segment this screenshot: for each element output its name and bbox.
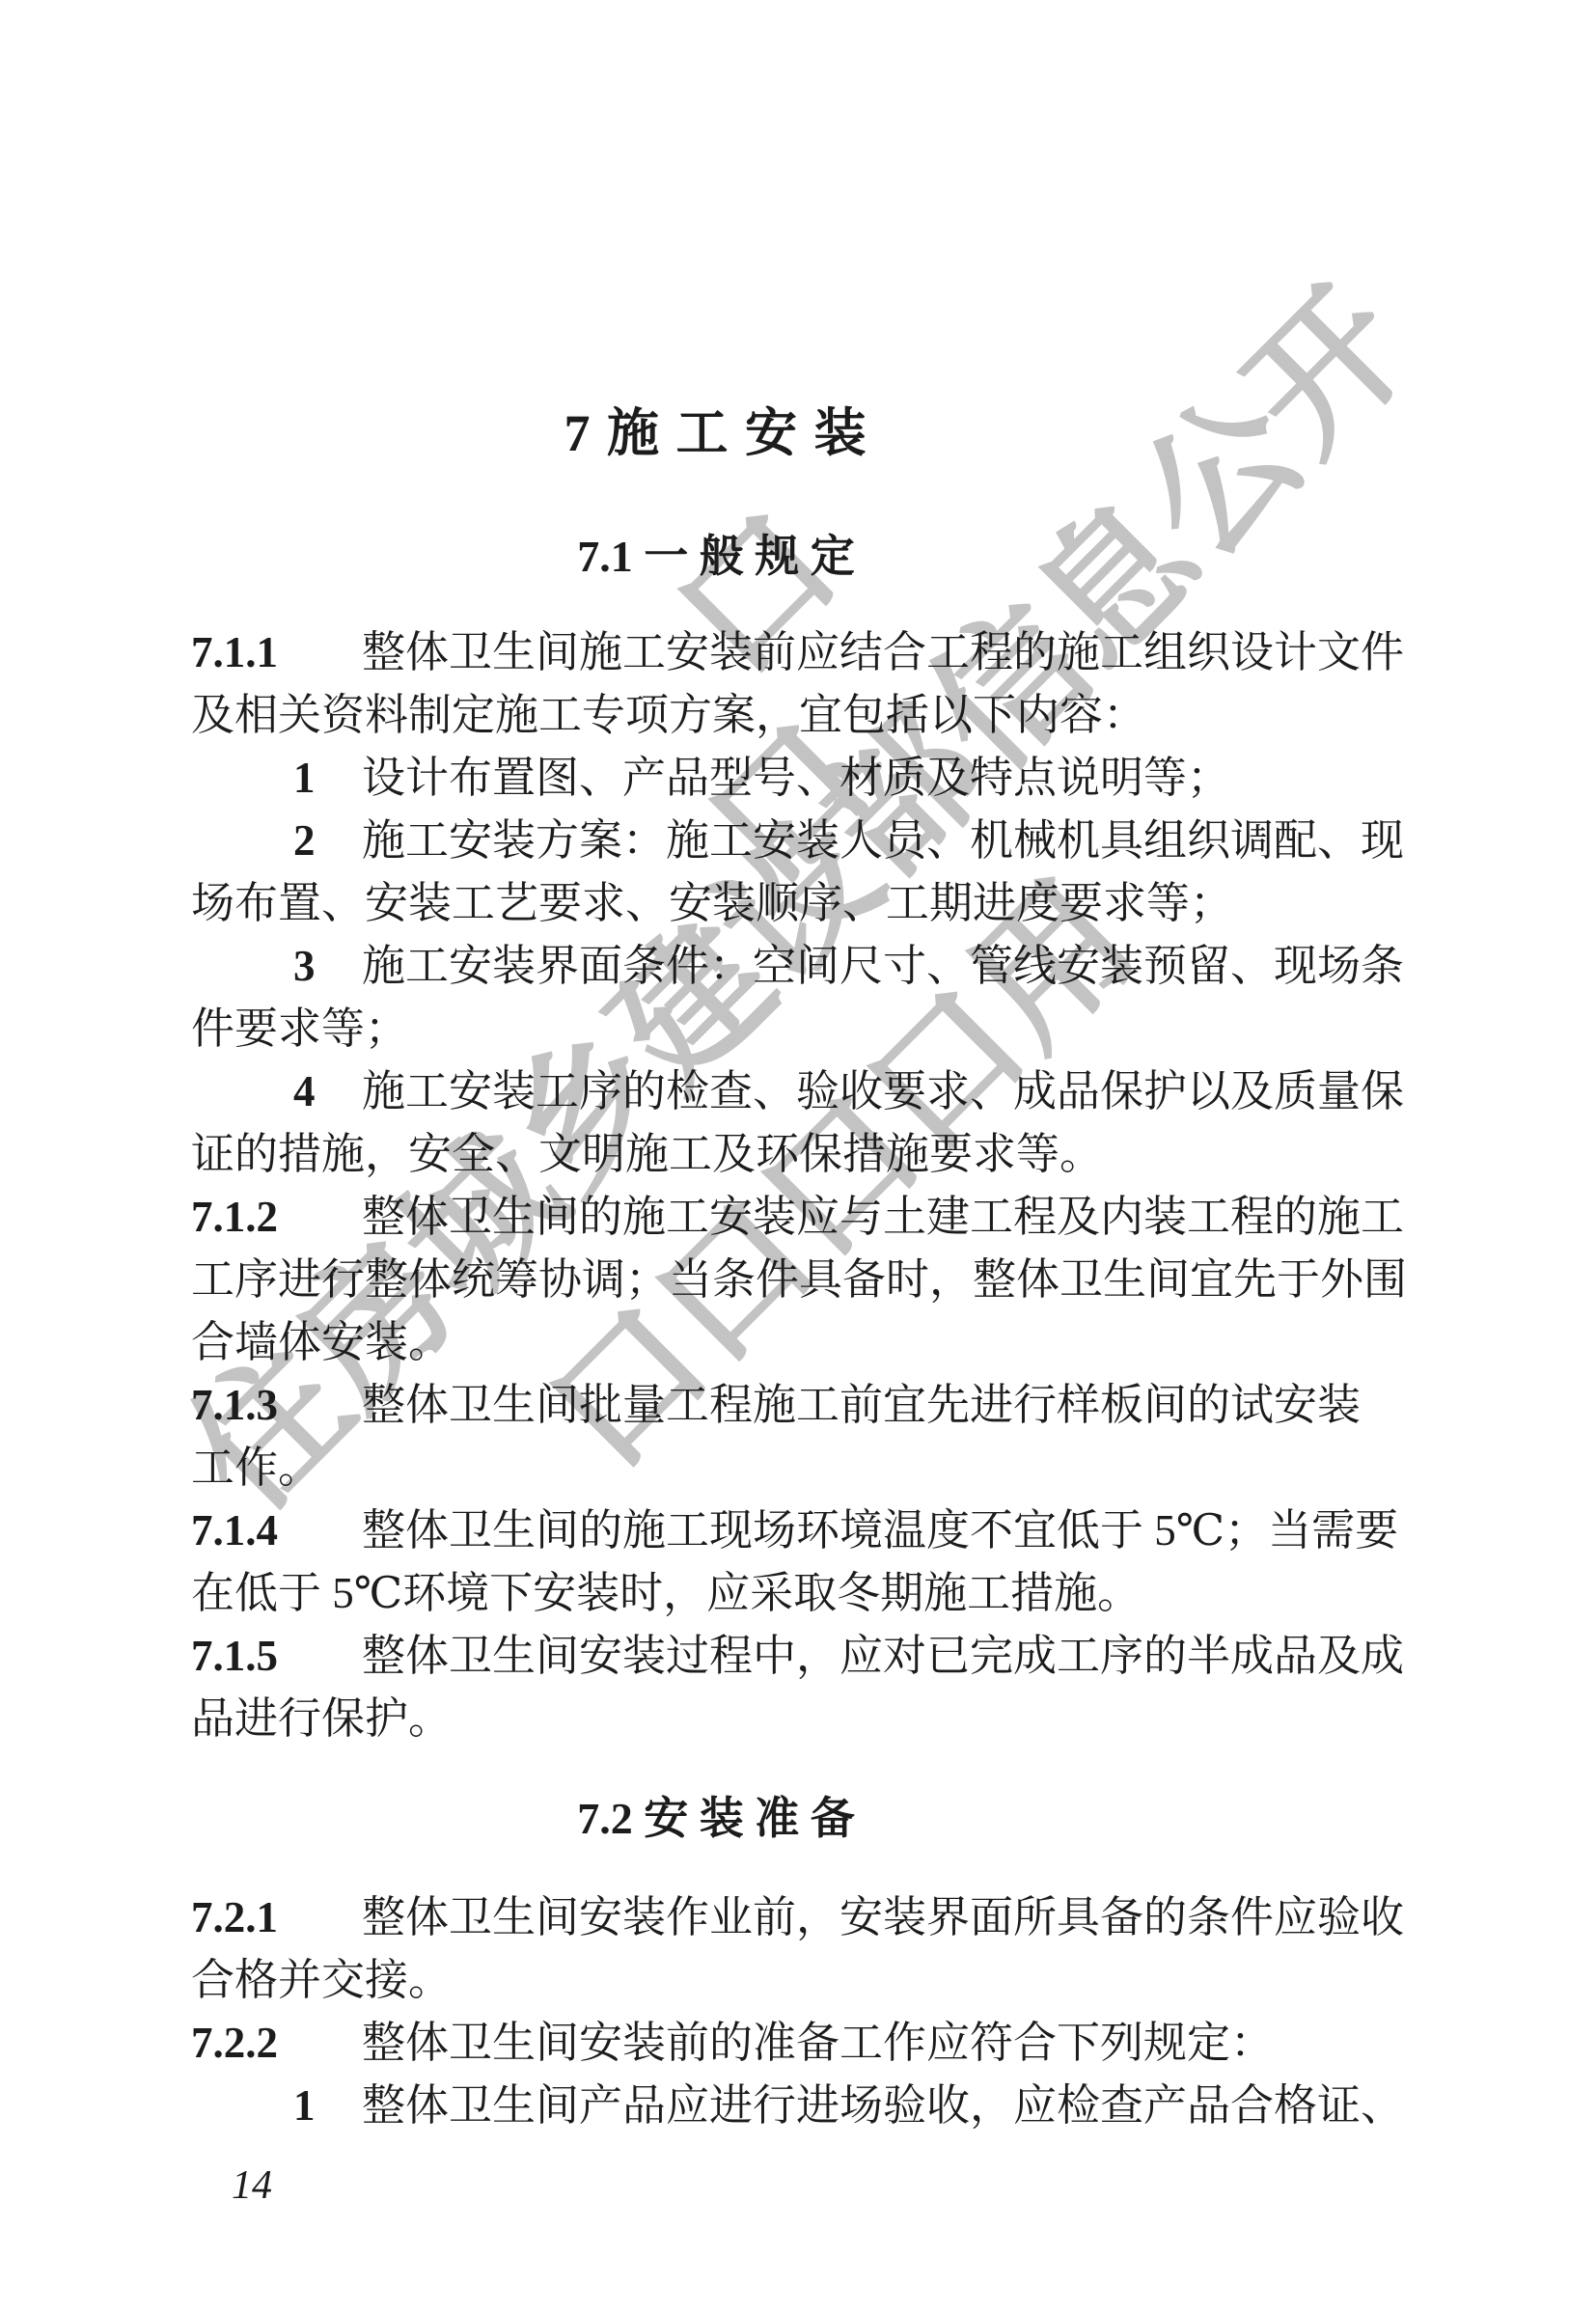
clause-number: 7.1.4 bbox=[191, 1499, 362, 1562]
text-line: 7.2.1整体卫生间安装作业前，安装界面所具备的条件应验收 bbox=[191, 1885, 1404, 1949]
line-text: 及相关资料制定施工专项方案，宜包括以下内容： bbox=[191, 691, 1146, 739]
clause-number: 7.2.2 bbox=[191, 2011, 362, 2075]
item-number: 1 bbox=[293, 746, 362, 810]
line-text: 在低于 5℃环境下安装时，应采取冬期施工措施。 bbox=[191, 1569, 1141, 1617]
text-line: 1整体卫生间产品应进行进场验收，应检查产品合格证、 bbox=[191, 2074, 1404, 2137]
line-text: 合墙体安装。 bbox=[191, 1318, 452, 1366]
text-line: 1设计布置图、产品型号、材质及特点说明等； bbox=[191, 746, 1230, 810]
text-line: 及相关资料制定施工专项方案，宜包括以下内容： bbox=[191, 683, 1146, 747]
line-text: 整体卫生间安装作业前，安装界面所具备的条件应验收 bbox=[362, 1893, 1404, 1941]
text-line: 7.2.2整体卫生间安装前的准备工作应符合下列规定： bbox=[191, 2011, 1274, 2075]
line-text: 证的措施，安全、文明施工及环保措施要求等。 bbox=[191, 1130, 1103, 1178]
line-text: 整体卫生间安装过程中，应对已完成工序的半成品及成 bbox=[362, 1632, 1404, 1680]
text-line: 证的措施，安全、文明施工及环保措施要求等。 bbox=[191, 1122, 1103, 1186]
page-number: 14 bbox=[232, 2161, 272, 2210]
line-text: 整体卫生间安装前的准备工作应符合下列规定： bbox=[362, 2019, 1274, 2067]
line-text: 整体卫生间产品应进行进场验收，应检查产品合格证、 bbox=[362, 2081, 1404, 2130]
clause-number: 7.1.2 bbox=[191, 1185, 362, 1249]
text-line: 工序进行整体统筹协调；当条件具备时，整体卫生间宜先于外围 bbox=[191, 1248, 1407, 1311]
line-text: 合格并交接。 bbox=[191, 1956, 452, 2004]
text-line: 7.1.4整体卫生间的施工现场环境温度不宜低于 5℃；当需要 bbox=[191, 1499, 1398, 1562]
text-line: 工作。 bbox=[191, 1436, 321, 1499]
document-page: 住房城乡建设部信息公开 口口口口用 口 口 7 施 工 安 装 7.1 一 般 … bbox=[0, 0, 1596, 2311]
clause-number: 7.1.5 bbox=[191, 1624, 362, 1688]
line-text: 件要求等； bbox=[191, 1004, 408, 1053]
text-line: 3施工安装界面条件：空间尺寸、管线安装预留、现场条 bbox=[191, 934, 1404, 998]
item-number: 1 bbox=[293, 2074, 362, 2137]
line-text: 施工安装方案：施工安装人员、机械机具组织调配、现 bbox=[362, 816, 1404, 865]
item-number: 2 bbox=[293, 809, 362, 872]
line-text: 施工安装界面条件：空间尺寸、管线安装预留、现场条 bbox=[362, 942, 1404, 990]
text-line: 7.1.5整体卫生间安装过程中，应对已完成工序的半成品及成 bbox=[191, 1624, 1404, 1688]
text-line: 合墙体安装。 bbox=[191, 1310, 452, 1374]
text-line: 件要求等； bbox=[191, 997, 408, 1060]
item-number: 3 bbox=[293, 934, 362, 998]
text-line: 4施工安装工序的检查、验收要求、成品保护以及质量保 bbox=[191, 1059, 1404, 1123]
text-line: 2施工安装方案：施工安装人员、机械机具组织调配、现 bbox=[191, 809, 1404, 872]
clause-number: 7.1.3 bbox=[191, 1373, 362, 1437]
clause-number: 7.1.1 bbox=[191, 620, 362, 684]
item-number: 4 bbox=[293, 1059, 362, 1123]
text-line: 品进行保护。 bbox=[191, 1687, 452, 1750]
line-text: 场布置、安装工艺要求、安装顺序、工期进度要求等； bbox=[191, 879, 1233, 927]
text-line: 合格并交接。 bbox=[191, 1948, 452, 2012]
chapter-title: 7 施 工 安 装 bbox=[0, 400, 1432, 466]
line-text: 整体卫生间的施工现场环境温度不宜低于 5℃；当需要 bbox=[362, 1506, 1398, 1554]
text-line: 在低于 5℃环境下安装时，应采取冬期施工措施。 bbox=[191, 1561, 1141, 1625]
line-text: 整体卫生间施工安装前应结合工程的施工组织设计文件 bbox=[362, 628, 1404, 676]
line-text: 设计布置图、产品型号、材质及特点说明等； bbox=[362, 754, 1230, 802]
line-text: 整体卫生间批量工程施工前宜先进行样板间的试安装 bbox=[362, 1381, 1361, 1429]
text-line: 7.1.3整体卫生间批量工程施工前宜先进行样板间的试安装 bbox=[191, 1373, 1361, 1437]
line-text: 整体卫生间的施工安装应与土建工程及内装工程的施工 bbox=[362, 1193, 1404, 1241]
text-line: 场布置、安装工艺要求、安装顺序、工期进度要求等； bbox=[191, 871, 1233, 935]
clause-number: 7.2.1 bbox=[191, 1885, 362, 1949]
text-line: 7.1.2整体卫生间的施工安装应与土建工程及内装工程的施工 bbox=[191, 1185, 1404, 1249]
section-heading-7-2: 7.2 安 装 准 备 bbox=[0, 1787, 1432, 1851]
line-text: 施工安装工序的检查、验收要求、成品保护以及质量保 bbox=[362, 1067, 1404, 1115]
line-text: 工序进行整体统筹协调；当条件具备时，整体卫生间宜先于外围 bbox=[191, 1255, 1407, 1304]
line-text: 工作。 bbox=[191, 1444, 321, 1492]
text-line: 7.1.1整体卫生间施工安装前应结合工程的施工组织设计文件 bbox=[191, 620, 1404, 684]
section-heading-7-1: 7.1 一 般 规 定 bbox=[0, 525, 1432, 589]
line-text: 品进行保护。 bbox=[191, 1694, 452, 1743]
